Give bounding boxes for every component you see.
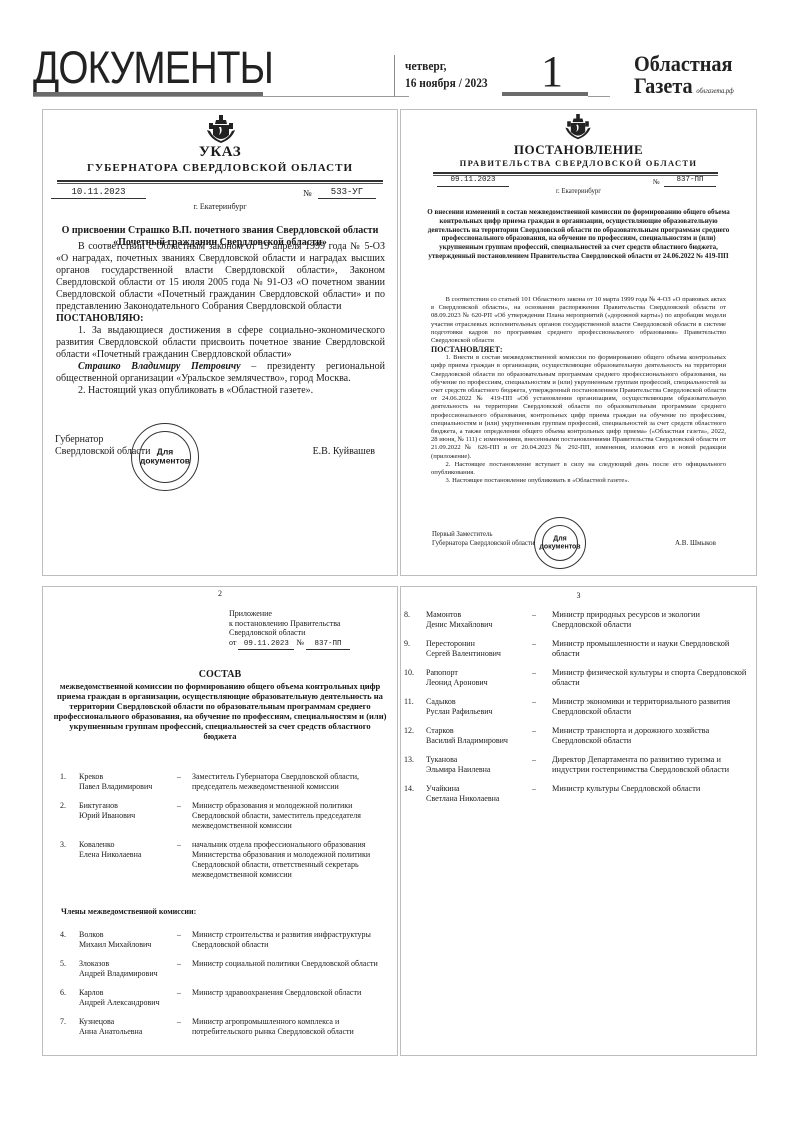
document-heading: О внесении изменений в состав межведомст… (419, 208, 738, 261)
member-number: 12. (404, 726, 414, 736)
signer-name: Е.В. Куйвашев (313, 446, 375, 457)
preamble: В соответствии со статьей 101 Областного… (431, 296, 726, 345)
appendix-page-2: 2 Приложение к постановлению Правительст… (42, 586, 398, 1056)
member-row: 6.КарловАндрей Александрович–Министр здр… (43, 988, 397, 1008)
preamble: В соответствии с Областным законом от 19… (56, 241, 385, 313)
member-name: КоваленкоЕлена Николаевна (79, 840, 141, 860)
document-city: г. Екатеринбург (401, 188, 756, 195)
member-surname: Туканова (426, 755, 490, 765)
document-city: г. Екатеринбург (43, 202, 397, 211)
item-3: 3. Настоящее постановление опубликовать … (431, 477, 726, 485)
member-number: 14. (404, 784, 414, 794)
member-dash: – (177, 959, 181, 969)
member-dash: – (532, 726, 536, 736)
member-row: 2.БиктугановЮрий Иванович–Министр образо… (43, 801, 397, 831)
issue-day: 16 ноября / 2023 (405, 74, 488, 91)
member-surname: Садыков (426, 697, 493, 707)
composition-title: СОСТАВ межведомственной комиссии по форм… (53, 670, 387, 741)
member-number: 8. (404, 610, 410, 620)
masthead-rule-right (588, 96, 610, 97)
logo-line1: Областная (634, 53, 734, 75)
resolution-panel: ПОСТАНОВЛЕНИЕ ПРАВИТЕЛЬСТВА СВЕРДЛОВСКОЙ… (400, 109, 757, 576)
member-name: УчайкинаСветлана Николаевна (426, 784, 499, 804)
member-given-names: Сергей Валентинович (426, 649, 501, 659)
document-date: 09.11.2023 (437, 174, 509, 187)
member-name: ВолковМихаил Михайлович (79, 930, 151, 950)
stamp-text: Для (535, 535, 585, 543)
number-label: № (296, 638, 304, 647)
member-given-names: Михаил Михайлович (79, 940, 151, 950)
masthead-divider (394, 55, 395, 97)
member-name: СадыковРуслан Рафильевич (426, 697, 493, 717)
issue-weekday: четверг, (405, 57, 488, 74)
item-1: 1. За выдающиеся достижения в сфере соци… (56, 325, 385, 361)
document-date: 10.11.2023 (51, 186, 146, 199)
member-number: 6. (60, 988, 66, 998)
member-number: 9. (404, 639, 410, 649)
stamp-text: документов (535, 543, 585, 551)
member-row: 8.МамонтовДенис Михайлович–Министр приро… (401, 610, 756, 630)
member-name: СтарковВасилий Владимирович (426, 726, 508, 746)
page-number-bar (502, 92, 588, 96)
item-2: 2. Настоящее постановление вступает в си… (431, 461, 726, 477)
from-label: от (229, 638, 236, 647)
member-given-names: Анна Анатольевна (79, 1027, 142, 1037)
member-dash: – (177, 1017, 181, 1027)
member-row: 7.КузнецоваАнна Анатольевна–Министр агро… (43, 1017, 397, 1037)
number-label: № (653, 178, 660, 186)
member-number: 13. (404, 755, 414, 765)
member-dash: – (177, 772, 181, 782)
reference-line: Приложение (229, 609, 350, 619)
member-row: 14.УчайкинаСветлана Николаевна–Министр к… (401, 784, 756, 804)
member-dash: – (177, 840, 181, 850)
member-given-names: Павел Владимирович (79, 782, 152, 792)
member-row: 4.ВолковМихаил Михайлович–Министр строит… (43, 930, 397, 950)
document-issuer: ГУБЕРНАТОРА СВЕРДЛОВСКОЙ ОБЛАСТИ (43, 162, 397, 174)
member-given-names: Андрей Александрович (79, 998, 160, 1008)
member-row: 12.СтарковВасилий Владимирович–Министр т… (401, 726, 756, 746)
member-name: МамонтовДенис Михайлович (426, 610, 492, 630)
member-surname: Кузнецова (79, 1017, 142, 1027)
member-given-names: Эльмира Наилевна (426, 765, 490, 775)
item-1: 1. Внести в состав межведомственной коми… (431, 354, 726, 461)
member-name: ТукановаЭльмира Наилевна (426, 755, 490, 775)
awardee: Страшко Владимиру Петровичу – президенту… (56, 361, 385, 385)
coat-of-arms-icon (207, 115, 235, 145)
member-surname: Рапопорт (426, 668, 488, 678)
member-dash: – (532, 610, 536, 620)
appendix-page-number: 3 (401, 591, 756, 600)
signer-name: А.В. Шмыков (675, 539, 716, 547)
member-number: 7. (60, 1017, 66, 1027)
signer-title-line: Первый Заместитель (432, 531, 535, 540)
number-label: № (303, 188, 312, 198)
document-issuer: ПРАВИТЕЛЬСТВА СВЕРДЛОВСКОЙ ОБЛАСТИ (401, 158, 756, 168)
document-kind: ПОСТАНОВЛЕНИЕ (401, 142, 756, 158)
member-number: 3. (60, 840, 66, 850)
coat-of-arms-icon (565, 114, 591, 141)
member-name: РапопортЛеонид Аронович (426, 668, 488, 688)
member-row: 1.КрековПавел Владимирович–Заместитель Г… (43, 772, 397, 792)
member-number: 5. (60, 959, 66, 969)
member-name: КарловАндрей Александрович (79, 988, 160, 1008)
logo-site: облгазета.рф (696, 87, 733, 95)
member-name: БиктугановЮрий Иванович (79, 801, 135, 821)
member-number: 11. (404, 697, 414, 707)
page-number: 1 (541, 50, 563, 94)
member-surname: Пересторонин (426, 639, 501, 649)
seal-stamp: Длядокументов (131, 423, 199, 491)
composition-subtitle: межведомственной комиссии по формировани… (54, 681, 387, 741)
logo-line2: Газета (634, 73, 693, 98)
member-given-names: Василий Владимирович (426, 736, 508, 746)
reference-number: 837-ПП (306, 640, 350, 651)
member-dash: – (177, 930, 181, 940)
masthead-rule (33, 96, 409, 97)
member-row: 9.ПересторонинСергей Валентинович–Минист… (401, 639, 756, 659)
member-surname: Старков (426, 726, 508, 736)
signer-title-line: Губернатора Свердловской области (432, 540, 535, 549)
member-dash: – (532, 784, 536, 794)
member-surname: Креков (79, 772, 152, 782)
issue-date: четверг, 16 ноября / 2023 (405, 57, 488, 91)
awardee-name: Страшко Владимиру Петровичу (78, 361, 241, 372)
members-heading: Члены межведомственной комиссии: (61, 907, 196, 916)
heading-line: О присвоении Страшко В.П. почетного зван… (49, 225, 391, 237)
item-2: 2. Настоящий указ опубликовать в «Област… (56, 385, 385, 397)
member-surname: Злоказов (79, 959, 158, 969)
member-dash: – (532, 697, 536, 707)
member-surname: Карлов (79, 988, 160, 998)
member-row: 11.СадыковРуслан Рафильевич–Министр экон… (401, 697, 756, 717)
member-number: 4. (60, 930, 66, 940)
member-name: КузнецоваАнна Анатольевна (79, 1017, 142, 1037)
member-dash: – (177, 988, 181, 998)
leaders-list: 1.КрековПавел Владимирович–Заместитель Г… (43, 772, 397, 889)
member-surname: Мамонтов (426, 610, 492, 620)
member-number: 2. (60, 801, 66, 811)
document-number: 837-ПП (664, 174, 716, 187)
decree-word: ПОСТАНОВЛЯЮ: (56, 313, 385, 325)
member-given-names: Денис Михайлович (426, 620, 492, 630)
member-given-names: Андрей Владимирович (79, 969, 158, 979)
decree-word: ПОСТАНОВЛЯЕТ: (431, 345, 726, 354)
member-number: 1. (60, 772, 66, 782)
member-surname: Биктуганов (79, 801, 135, 811)
member-row: 13.ТукановаЭльмира Наилевна–Директор Деп… (401, 755, 756, 775)
member-row: 5.ЗлоказовАндрей Владимирович–Министр со… (43, 959, 397, 979)
member-row: 3.КоваленкоЕлена Николаевна–начальник от… (43, 840, 397, 880)
appendix-page-3: 3 8.МамонтовДенис Михайлович–Министр при… (400, 586, 757, 1056)
member-given-names: Светлана Николаевна (426, 794, 499, 804)
member-given-names: Леонид Аронович (426, 678, 488, 688)
decree-panel: УКАЗ ГУБЕРНАТОРА СВЕРДЛОВСКОЙ ОБЛАСТИ 10… (42, 109, 398, 576)
reference-date: 09.11.2023 (238, 640, 294, 651)
reference-date-line: от 09.11.2023 № 837-ПП (229, 638, 350, 651)
member-dash: – (532, 668, 536, 678)
stamp-text: документов (132, 457, 198, 466)
member-name: ЗлоказовАндрей Владимирович (79, 959, 158, 979)
document-kind: УКАЗ (43, 144, 397, 161)
member-surname: Коваленко (79, 840, 141, 850)
member-row: 10.РапопортЛеонид Аронович–Министр физич… (401, 668, 756, 688)
document-number: 533-УГ (318, 186, 376, 199)
appendix-reference: Приложение к постановлению Правительства… (229, 609, 350, 650)
members-list: 4.ВолковМихаил Михайлович–Министр строит… (43, 930, 397, 1046)
member-given-names: Елена Николаевна (79, 850, 141, 860)
member-dash: – (532, 639, 536, 649)
signer-title: Первый Заместитель Губернатора Свердловс… (432, 531, 535, 548)
reference-line: Свердловской области (229, 628, 350, 638)
member-surname: Учайкина (426, 784, 499, 794)
member-surname: Волков (79, 930, 151, 940)
appendix-page-number: 2 (43, 589, 397, 598)
member-name: КрековПавел Владимирович (79, 772, 152, 792)
member-dash: – (532, 755, 536, 765)
member-number: 10. (404, 668, 414, 678)
members-list: 8.МамонтовДенис Михайлович–Министр приро… (401, 610, 756, 813)
member-dash: – (177, 801, 181, 811)
newspaper-logo: Областная Газетаоблгазета.рф (634, 53, 734, 102)
member-name: ПересторонинСергей Валентинович (426, 639, 501, 659)
document-body: В соответствии со статьей 101 Областного… (431, 296, 726, 485)
section-title: ДОКУМЕНТЫ (33, 44, 273, 92)
seal-stamp: Длядокументов (534, 517, 586, 569)
composition-heading: СОСТАВ (53, 670, 387, 680)
member-given-names: Руслан Рафильевич (426, 707, 493, 717)
reference-line: к постановлению Правительства (229, 619, 350, 629)
document-body: В соответствии с Областным законом от 19… (56, 241, 385, 397)
member-given-names: Юрий Иванович (79, 811, 135, 821)
header-double-rule (57, 180, 383, 184)
